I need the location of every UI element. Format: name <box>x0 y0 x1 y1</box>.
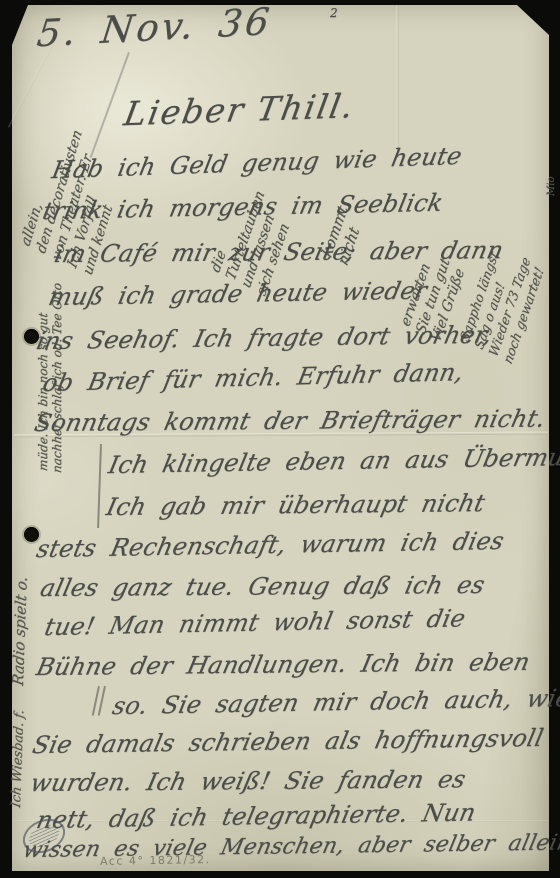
handwriting-line: Ich gab mir überhaupt nicht <box>104 489 488 521</box>
handwriting-line: im Café mir zur Seite; aber dann <box>52 236 506 268</box>
salutation: Lieber Thill. <box>121 86 358 133</box>
handwriting-line: alles ganz tue. Genug daß ich es <box>38 571 488 602</box>
handwriting-line: Sonntags kommt der Briefträger nicht. <box>32 405 548 438</box>
archive-accession-number: Acc 4° 1821/32. <box>100 853 211 868</box>
handwriting-line: Bühne der Handlungen. Ich bin eben <box>34 648 533 681</box>
date-superscript-mark: 2 <box>330 6 338 20</box>
margin-note-right-edge: Mio <box>543 177 560 196</box>
handwriting-line: wurden. Ich weiß! Sie fanden es <box>28 765 469 797</box>
margin-note-left-edge-bottom: Ich Wiesbad. f. <box>8 708 28 809</box>
punch-hole <box>24 329 39 344</box>
scanned-letter: 5. Nov. 36 2 Lieber Thill. allein, den d… <box>0 0 560 878</box>
punch-hole <box>24 527 39 542</box>
